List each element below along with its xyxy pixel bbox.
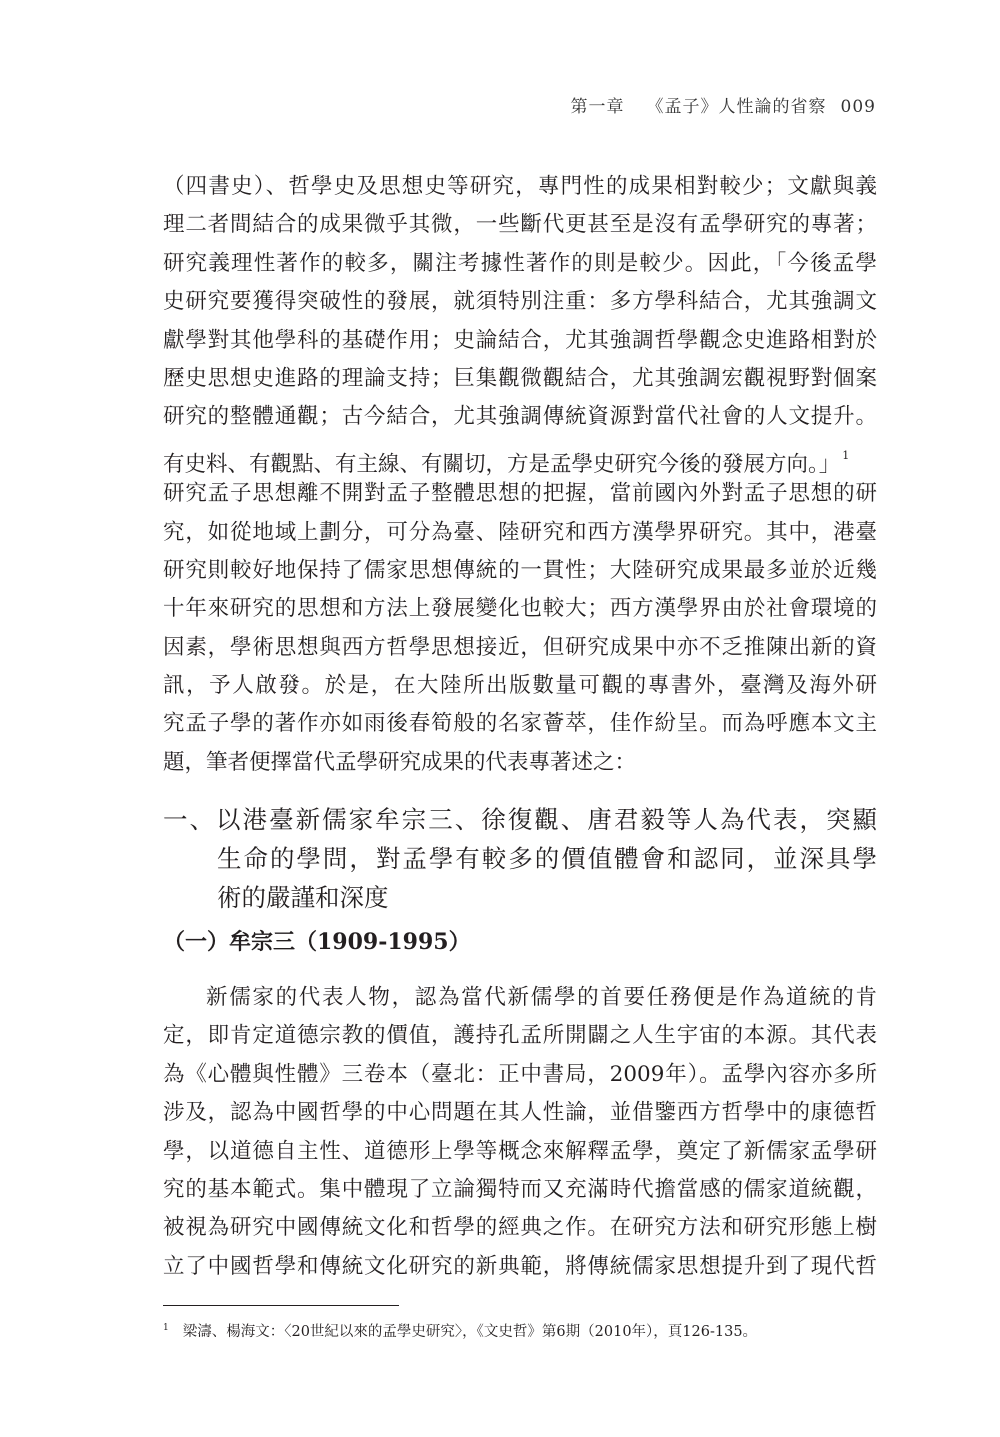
text-line: 十年來研究的思想和方法上發展變化也較大；西方漢學界由於社會環境的 <box>163 590 877 628</box>
text-line: 有史料、有觀點、有主線、有關切，方是孟學史研究今後的發展方向。」 <box>163 452 840 477</box>
text-line: 涉及，認為中國哲學的中心問題在其人性論，並借鑒西方哲學中的康德哲 <box>163 1094 877 1132</box>
text-line: 研究的整體通觀；古今結合，尤其強調傳統資源對當代社會的人文提升。 <box>163 398 877 436</box>
text-line: 被視為研究中國傳統文化和哲學的經典之作。在研究方法和研究形態上樹 <box>163 1209 877 1247</box>
text-line: 訊，予人啟發。於是，在大陸所出版數量可觀的專書外，臺灣及海外研 <box>163 667 877 705</box>
heading-line: 生命的學問，對孟學有較多的價值體會和認同，並深具學 <box>163 839 877 878</box>
paragraph-2: 新儒家的代表人物，認為當代新儒學的首要任務便是作為道統的肯 定，即肯定道德宗教的… <box>163 979 877 1286</box>
text-line: 立了中國哲學和傳統文化研究的新典範，將傳統儒家思想提升到了現代哲 <box>163 1248 877 1286</box>
footnote-mark: 1 <box>163 1323 169 1333</box>
heading-line: 術的嚴謹和深度 <box>163 878 877 917</box>
text-line: 究孟子學的著作亦如雨後春筍般的名家薈萃，佳作紛呈。而為呼應本文主 <box>163 705 877 743</box>
footnote-text: 梁濤、楊海文：〈20世紀以來的孟學史研究〉，《文史哲》第6期（2010年），頁1… <box>183 1324 757 1340</box>
footnote: 1梁濤、楊海文：〈20世紀以來的孟學史研究〉，《文史哲》第6期（2010年），頁… <box>163 1320 757 1341</box>
text-line: 研究義理性著作的較多，關注考據性著作的則是較少。因此，「今後孟學 <box>163 245 877 283</box>
footnote-divider <box>163 1305 399 1306</box>
text-line: 史研究要獲得突破性的發展，就須特別注重：多方學科結合，尤其強調文 <box>163 283 877 321</box>
text-line: 歷史思想史進路的理論支持；巨集觀微觀結合，尤其強調宏觀視野對個案 <box>163 360 877 398</box>
text-line: 為《心體與性體》三卷本（臺北：正中書局，2009年）。孟學內容亦多所 <box>163 1056 877 1094</box>
running-head: 第一章《孟子》人性論的省察009 <box>571 92 876 117</box>
text-line: 獻學對其他學科的基礎作用；史論結合，尤其強調哲學觀念史進路相對於 <box>163 322 877 360</box>
text-line: 究的基本範式。集中體現了立論獨特而又充滿時代擔當感的儒家道統觀， <box>163 1171 877 1209</box>
text-line: 新儒家的代表人物，認為當代新儒學的首要任務便是作為道統的肯 <box>163 979 877 1017</box>
text-line: 研究則較好地保持了儒家思想傳統的一貫性；大陸研究成果最多並於近幾 <box>163 552 877 590</box>
paragraph-1: （四書史）、哲學史及思想史等研究，專門性的成果相對較少；文獻與義 理二者間結合的… <box>163 168 877 782</box>
text-line: 理二者間結合的成果微乎其微，一些斷代更甚至是沒有孟學研究的專著； <box>163 206 877 244</box>
section-heading: 一、以港臺新儒家牟宗三、徐復觀、唐君毅等人為代表，突顯 生命的學問，對孟學有較多… <box>163 800 877 917</box>
text-line: 定，即肯定道德宗教的價值，護持孔孟所開闢之人生宇宙的本源。其代表 <box>163 1017 877 1055</box>
footnote-reference[interactable]: 1 <box>842 449 849 462</box>
chapter-title: 《孟子》人性論的省察 <box>647 97 827 117</box>
subsection-heading: （一）牟宗三（1909-1995） <box>163 925 471 956</box>
text-line: 題，筆者便擇當代孟學研究成果的代表專著述之： <box>163 744 877 782</box>
page-number: 009 <box>841 97 876 117</box>
text-line: 學，以道德自主性、道德形上學等概念來解釋孟學，奠定了新儒家孟學研 <box>163 1133 877 1171</box>
text-line: 因素，學術思想與西方哲學思想接近，但研究成果中亦不乏推陳出新的資 <box>163 629 877 667</box>
text-line: 研究孟子思想離不開對孟子整體思想的把握，當前國內外對孟子思想的研 <box>163 475 877 513</box>
text-line: 究，如從地域上劃分，可分為臺、陸研究和西方漢學界研究。其中，港臺 <box>163 514 877 552</box>
heading-line: 一、以港臺新儒家牟宗三、徐復觀、唐君毅等人為代表，突顯 <box>163 800 877 839</box>
text-line: （四書史）、哲學史及思想史等研究，專門性的成果相對較少；文獻與義 <box>163 168 877 206</box>
chapter-label: 第一章 <box>571 97 625 117</box>
text-line-with-footnote: 有史料、有觀點、有主線、有關切，方是孟學史研究今後的發展方向。」1 <box>163 437 877 475</box>
